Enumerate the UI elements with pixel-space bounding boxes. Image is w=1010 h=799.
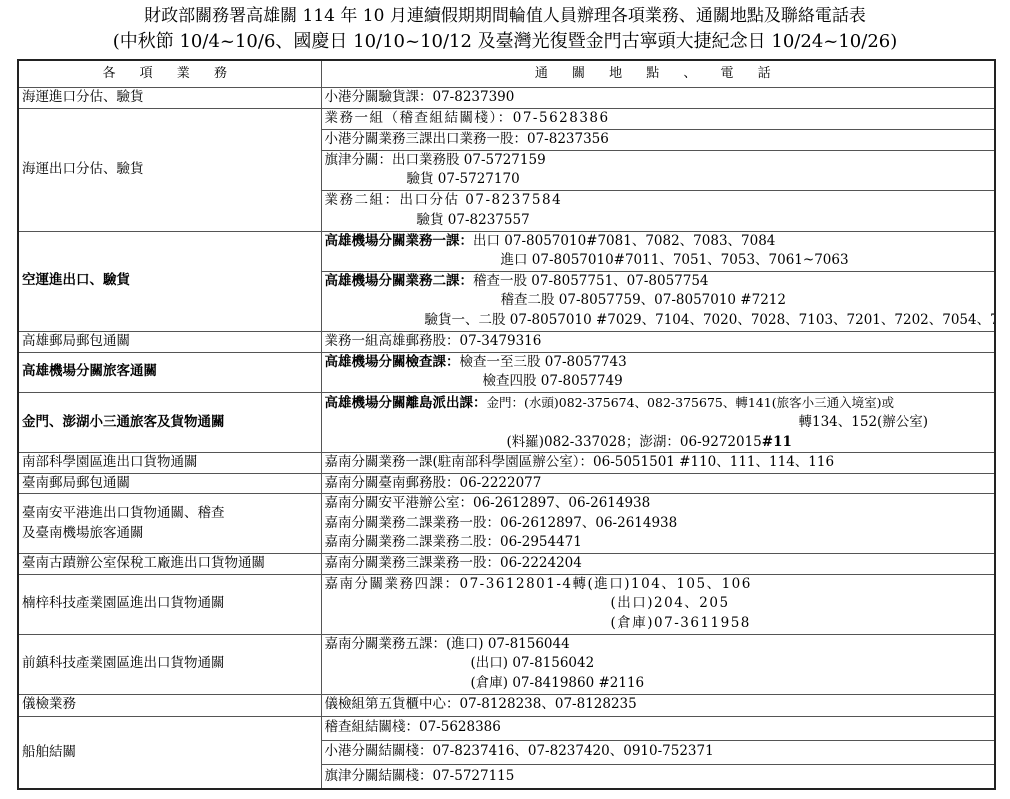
table-row: 海運進口分估、驗貨 小港分關驗貨課：07-8237390 <box>18 88 995 109</box>
contact-cell: 旗津分關結關棧：07-5727115 <box>321 764 995 789</box>
contact-cell: 高雄機場分關業務一課：出口 07-8057010#7081、7082、7083、… <box>321 231 995 271</box>
table-row: 船舶結關 稽查組結關棧：07-5628386 <box>18 716 995 740</box>
service-cell: 儀檢業務 <box>18 694 321 716</box>
service-cell: 海運出口分估、驗貨 <box>18 109 321 232</box>
service-cell: 金門、澎湖小三通旅客及貨物通關 <box>18 392 321 453</box>
table-row: 海運出口分估、驗貨 業務一組（稽查組結關棧）：07-5628386 <box>18 109 995 130</box>
contact-cell: 嘉南分關臺南郵務股：06-2222077 <box>321 473 995 494</box>
service-cell: 臺南安平港進出口貨物通關、稽查 及臺南機場旅客通關 <box>18 494 321 554</box>
contact-cell: 嘉南分關業務三課業務一股：06-2224204 <box>321 554 995 575</box>
service-cell: 空運進出口、驗貨 <box>18 231 321 331</box>
table-row: 臺南郵局郵包通關 嘉南分關臺南郵務股：06-2222077 <box>18 473 995 494</box>
table-row: 前鎮科技產業園區進出口貨物通關 嘉南分關業務五課：(進口) 07-8156044… <box>18 634 995 694</box>
contact-cell: 嘉南分關安平港辦公室：06-2612897、06-2614938 嘉南分關業務二… <box>321 494 995 554</box>
column-header-location-phone: 通 關 地 點 、 電 話 <box>321 60 995 88</box>
service-cell: 南部科學園區進出口貨物通關 <box>18 453 321 474</box>
table-row: 臺南古蹟辦公室保稅工廠進出口貨物通關 嘉南分關業務三課業務一股：06-22242… <box>18 554 995 575</box>
service-cell: 前鎮科技產業園區進出口貨物通關 <box>18 634 321 694</box>
service-cell: 船舶結關 <box>18 716 321 789</box>
contact-cell: 嘉南分關業務一課(駐南部科學園區辦公室）：06-5051501 #110、111… <box>321 453 995 474</box>
table-row: 臺南安平港進出口貨物通關、稽查 及臺南機場旅客通關 嘉南分關安平港辦公室：06-… <box>18 494 995 554</box>
contact-cell: 高雄機場分關離島派出課：金門：(水頭)082-375674、082-375675… <box>321 392 995 453</box>
table-row: 楠梓科技產業園區進出口貨物通關 嘉南分關業務四課：07-3612801-4轉(進… <box>18 574 995 634</box>
contact-cell: 稽查組結關棧：07-5628386 <box>321 716 995 740</box>
contact-cell: 儀檢組第五貨櫃中心：07-8128238、07-8128235 <box>321 694 995 716</box>
contact-cell: 高雄機場分關業務二課：稽查一股 07-8057751、07-8057754 稽查… <box>321 271 995 331</box>
contact-cell: 旗津分關：出口業務股 07-5727159 驗貨 07-5727170 <box>321 150 995 190</box>
contact-cell: 小港分關結關棧：07-8237416、07-8237420、0910-75237… <box>321 740 995 764</box>
contact-cell: 業務一組高雄郵務股：07-3479316 <box>321 331 995 352</box>
service-cell: 高雄機場分關旅客通關 <box>18 352 321 392</box>
contact-cell: 業務一組（稽查組結關棧）：07-5628386 <box>321 109 995 130</box>
contact-cell: 小港分關驗貨課：07-8237390 <box>321 88 995 109</box>
table-row: 金門、澎湖小三通旅客及貨物通關 高雄機場分關離島派出課：金門：(水頭)082-3… <box>18 392 995 453</box>
table-row: 高雄機場分關旅客通關 高雄機場分關檢查課：檢查一至三股 07-8057743 檢… <box>18 352 995 392</box>
contact-cell: 小港分關業務三課出口業務一股：07-8237356 <box>321 129 995 150</box>
table-row: 儀檢業務 儀檢組第五貨櫃中心：07-8128238、07-8128235 <box>18 694 995 716</box>
table-row: 高雄郵局郵包通關 業務一組高雄郵務股：07-3479316 <box>18 331 995 352</box>
table-row: 南部科學園區進出口貨物通關 嘉南分關業務一課(駐南部科學園區辦公室）：06-50… <box>18 453 995 474</box>
contact-cell: 嘉南分關業務五課：(進口) 07-8156044 (出口) 07-8156042… <box>321 634 995 694</box>
service-cell: 臺南郵局郵包通關 <box>18 473 321 494</box>
table-header-row: 各 項 業 務 通 關 地 點 、 電 話 <box>18 60 995 88</box>
service-cell: 高雄郵局郵包通關 <box>18 331 321 352</box>
document-subtitle: (中秋節 10/4~10/6、國慶日 10/10~10/12 及臺灣光復暨金門古… <box>0 31 1010 53</box>
table-row: 空運進出口、驗貨 高雄機場分關業務一課：出口 07-8057010#7081、7… <box>18 231 995 271</box>
document-title: 財政部關務署高雄關 114 年 10 月連續假期期間輪值人員辦理各項業務、通關地… <box>0 5 1010 27</box>
contact-cell: 高雄機場分關檢查課：檢查一至三股 07-8057743 檢查四股 07-8057… <box>321 352 995 392</box>
contact-cell: 嘉南分關業務四課：07-3612801-4轉(進口)104、105、106 (出… <box>321 574 995 634</box>
column-header-service: 各 項 業 務 <box>18 60 321 88</box>
service-cell: 楠梓科技產業園區進出口貨物通關 <box>18 574 321 634</box>
contact-cell: 業務二組：出口分估 07-8237584 驗貨 07-8237557 <box>321 190 995 231</box>
service-cell: 臺南古蹟辦公室保稅工廠進出口貨物通關 <box>18 554 321 575</box>
service-cell: 海運進口分估、驗貨 <box>18 88 321 109</box>
duty-contact-table: 各 項 業 務 通 關 地 點 、 電 話 海運進口分估、驗貨 小港分關驗貨課：… <box>17 59 996 790</box>
